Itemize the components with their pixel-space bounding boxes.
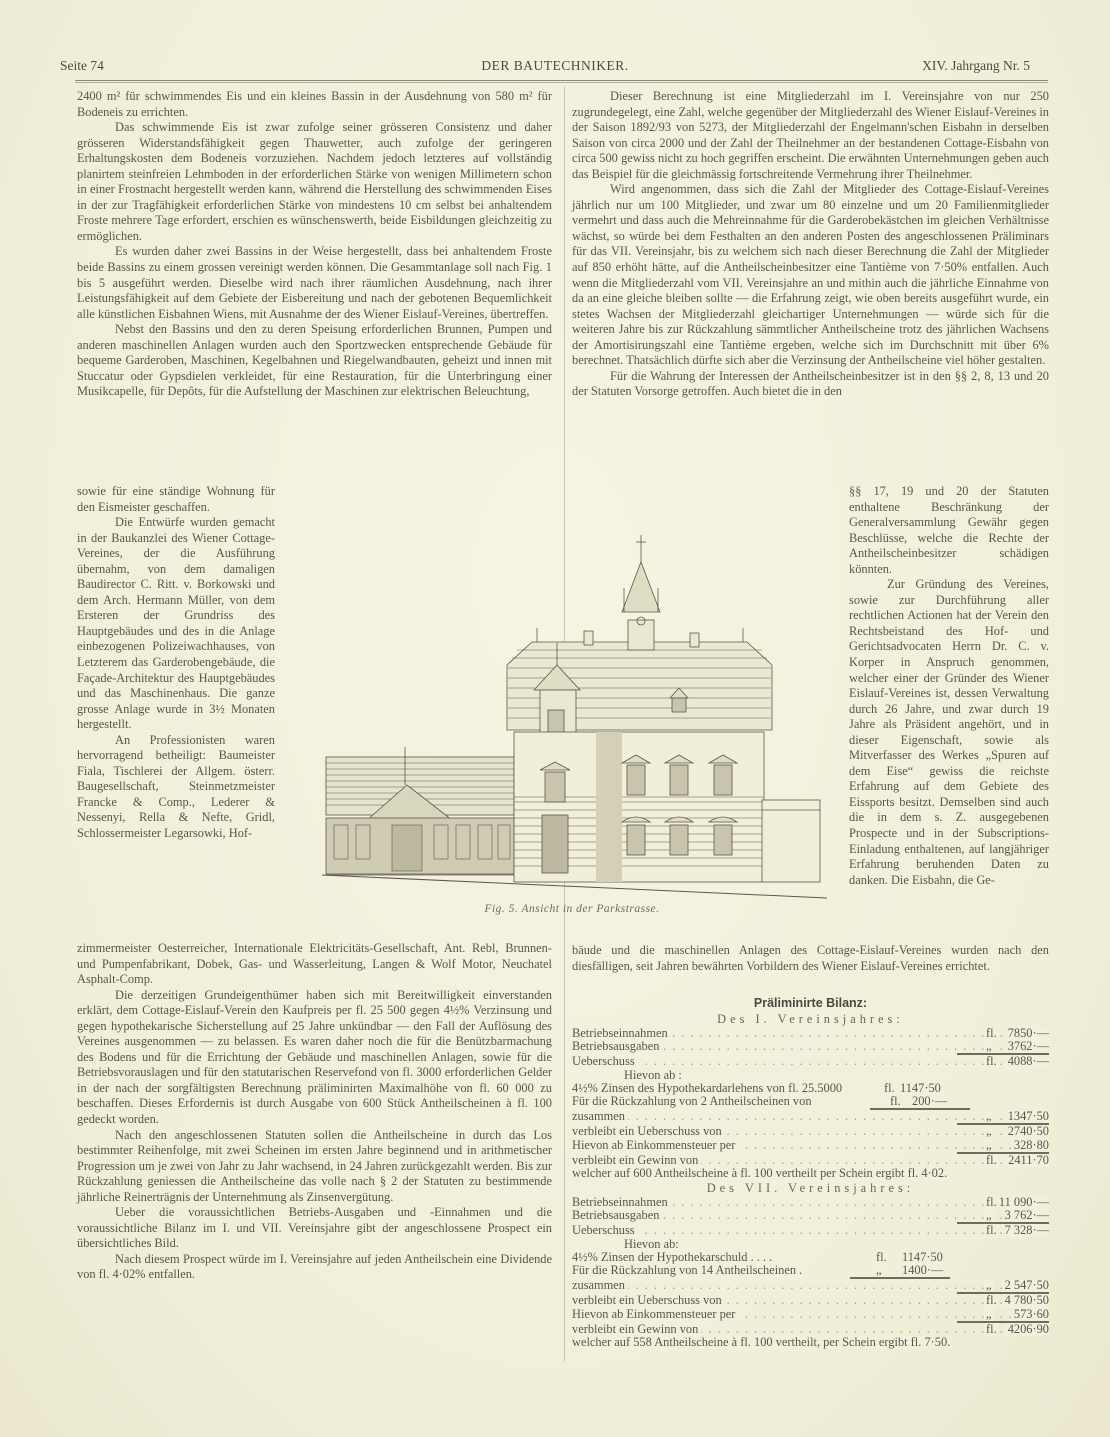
year1-heading: Des I. Vereinsjahres: <box>572 1011 1049 1027</box>
left-column-upper: 2400 m² für schwimmendes Eis und ein kle… <box>77 89 552 400</box>
paragraph: Wird angenommen, dass sich die Zahl der … <box>572 182 1049 369</box>
paragraph: Ueber die voraussichtlichen Betriebs-Aus… <box>77 1205 552 1252</box>
paragraph: 2400 m² für schwimmendes Eis und ein kle… <box>77 89 552 120</box>
table-row: 4½% Zinsen des Hypothekardarlehens von f… <box>572 1082 1049 1095</box>
table-row: ........................................… <box>572 1110 1049 1123</box>
table-row: ........................................… <box>572 1040 1049 1053</box>
paragraph: Die derzeitigen Grundeigenthümer haben s… <box>77 988 552 1128</box>
paragraph: Das schwimmende Eis ist zwar zufolge sei… <box>77 120 552 244</box>
table-row: Hievon ab : <box>572 1069 1049 1082</box>
table-row: Hievon ab: <box>572 1238 1049 1251</box>
year7-heading: Des VII. Vereinsjahres: <box>572 1180 1049 1196</box>
left-column-lower: zimmermeister Oesterreicher, Internation… <box>77 941 552 1283</box>
balance-title: Präliminirte Bilanz: <box>572 995 1049 1011</box>
volume-issue: XIV. Jahrgang Nr. 5 <box>922 58 1030 74</box>
paragraph: §§ 17, 19 und 20 der Statuten enthaltene… <box>849 484 1049 577</box>
paragraph: Nach diesem Prospect würde im I. Vereins… <box>77 1252 552 1283</box>
paragraph: An Professionisten waren hervorragend be… <box>77 733 275 842</box>
table-row: ........................................… <box>572 1279 1049 1292</box>
paragraph: Dieser Berechnung ist eine Mitgliederzah… <box>572 89 1049 182</box>
document-page: Seite 74 DER BAUTECHNIKER. XIV. Jahrgang… <box>0 0 1110 1437</box>
header-rule <box>75 80 1048 83</box>
table-row: ........................................… <box>572 1055 1049 1068</box>
table-row: ........................................… <box>572 1154 1049 1167</box>
balance-sheet: Präliminirte Bilanz: Des I. Vereinsjahre… <box>572 995 1049 1349</box>
paragraph: Für die Wahrung der Interessen der Anthe… <box>572 369 1049 400</box>
table-row: ........................................… <box>572 1308 1049 1321</box>
table-row: Für die Rückzahlung von 14 Antheilschein… <box>572 1264 1049 1277</box>
building-elevation-figure <box>312 520 832 920</box>
paragraph: Zur Gründung des Vereines, sowie zur Dur… <box>849 577 1049 888</box>
table-row: Für die Rückzahlung von 2 Antheilscheine… <box>572 1095 1049 1108</box>
table-note: welcher auf 600 Antheilscheine à fl. 100… <box>572 1167 1049 1180</box>
table-row: ........................................… <box>572 1139 1049 1152</box>
running-header: Seite 74 DER BAUTECHNIKER. XIV. Jahrgang… <box>60 58 1050 74</box>
right-column-lower: bäude und die maschinellen Anlagen des C… <box>572 943 1049 974</box>
table-row: ........................................… <box>572 1209 1049 1222</box>
table-note: welcher auf 558 Antheilscheine à fl. 100… <box>572 1336 1049 1349</box>
left-column-narrow: sowie für eine ständige Wohnung für den … <box>77 484 275 842</box>
table-row: ........................................… <box>572 1125 1049 1138</box>
table-row: ........................................… <box>572 1224 1049 1237</box>
right-column-upper: Dieser Berechnung ist eine Mitgliederzah… <box>572 89 1049 400</box>
paragraph: Die Entwürfe wurden gemacht in der Bauka… <box>77 515 275 733</box>
right-column-narrow: §§ 17, 19 und 20 der Statuten enthaltene… <box>849 484 1049 888</box>
table-row: ........................................… <box>572 1294 1049 1307</box>
paragraph: Es wurden daher zwei Bassins in der Weis… <box>77 244 552 322</box>
paragraph: Nebst den Bassins und den zu deren Speis… <box>77 322 552 400</box>
paragraph: zimmermeister Oesterreicher, Internation… <box>77 941 552 988</box>
paragraph: Nach den angeschlossenen Statuten sollen… <box>77 1128 552 1206</box>
journal-title: DER BAUTECHNIKER. <box>60 58 1050 74</box>
paragraph: bäude und die maschinellen Anlagen des C… <box>572 943 1049 974</box>
paragraph: sowie für eine ständige Wohnung für den … <box>77 484 275 515</box>
table-row: ........................................… <box>572 1323 1049 1336</box>
figure-caption: Fig. 5. Ansicht in der Parkstrasse. <box>312 903 832 915</box>
